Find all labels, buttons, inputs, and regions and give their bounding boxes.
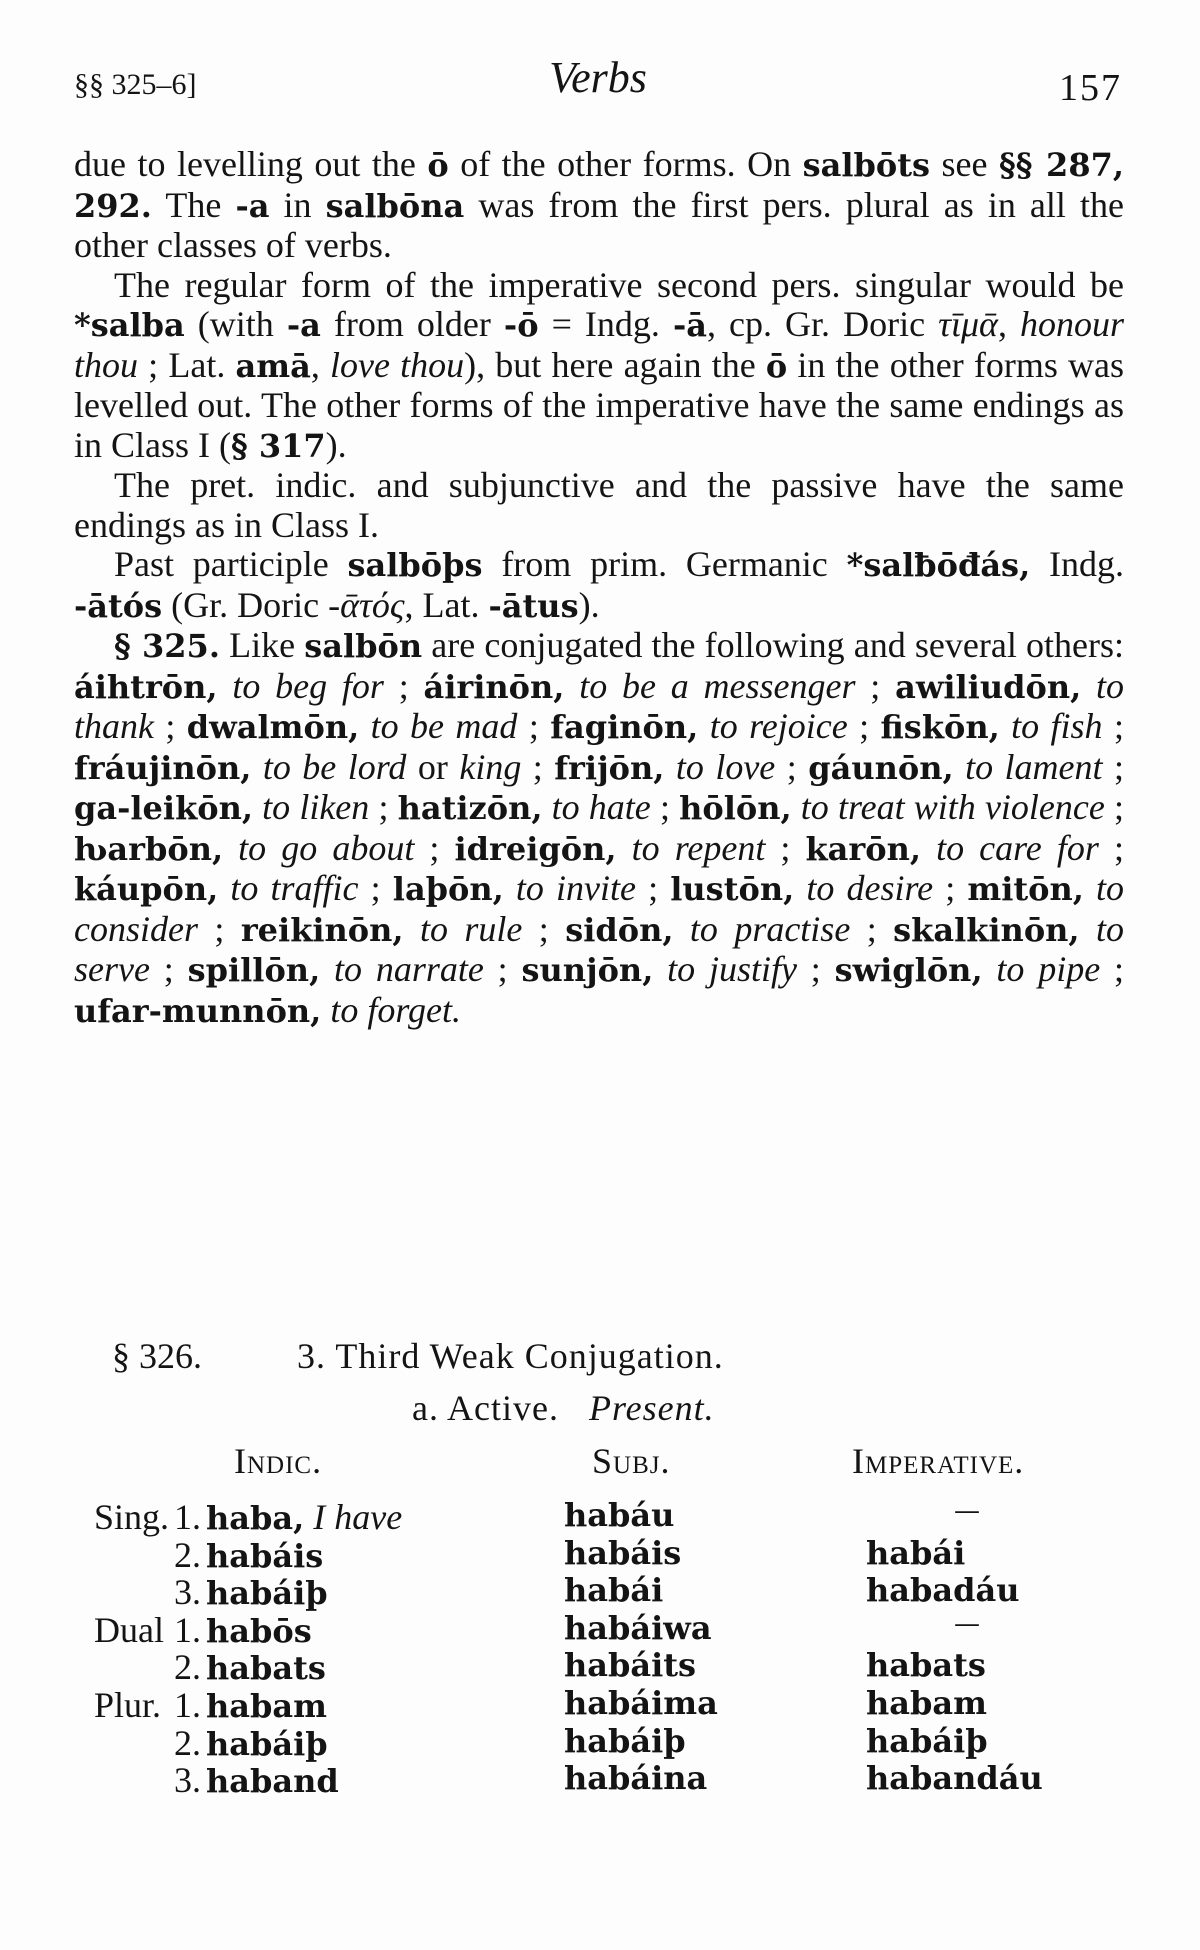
text-run: (with bbox=[185, 304, 287, 344]
subjunctive-form: habáis bbox=[564, 1534, 681, 1572]
imperative-form: habadáu bbox=[866, 1571, 1019, 1609]
gothic-form: ga-leikōn, bbox=[74, 789, 253, 827]
gothic-form: *salba bbox=[74, 306, 185, 344]
body-text: due to levelling out the ō of the other … bbox=[74, 145, 1124, 1031]
text-run bbox=[359, 706, 370, 746]
gothic-form: idreigōn, bbox=[455, 830, 617, 868]
text-run bbox=[404, 909, 420, 949]
text-run bbox=[664, 747, 675, 787]
text-run: ; bbox=[522, 909, 565, 949]
gloss-text: to lament bbox=[965, 747, 1102, 787]
text-run: ; bbox=[1103, 747, 1124, 787]
text-run bbox=[921, 828, 936, 868]
number-label: Plur. bbox=[94, 1684, 161, 1726]
gothic-form: gáunōn, bbox=[808, 749, 953, 787]
gothic-form: salbōts bbox=[803, 146, 930, 184]
subjunctive-form: habáima bbox=[564, 1684, 718, 1722]
text-run: ; bbox=[384, 666, 424, 706]
gothic-form: ufar-munnōn, bbox=[74, 992, 321, 1030]
gothic-form: § 317 bbox=[231, 427, 326, 465]
indicative-cell: haba, I have bbox=[206, 1496, 402, 1538]
subjunctive-form: habáu bbox=[564, 1496, 674, 1534]
text-run: ; bbox=[1103, 706, 1124, 746]
text-run: (Gr. Doric bbox=[162, 585, 328, 625]
text-run: ; bbox=[797, 949, 835, 989]
paragraph-section-325: § 325. Like salbōn are conjugated the fo… bbox=[74, 626, 1124, 1031]
gothic-form: salbōþs bbox=[348, 546, 483, 584]
text-run: in bbox=[269, 185, 325, 225]
text-run bbox=[564, 666, 579, 706]
gloss-text: to be mad bbox=[371, 706, 518, 746]
indicative-form: habáiþ bbox=[206, 1574, 328, 1612]
gothic-form: -ātós bbox=[74, 587, 162, 625]
text-run bbox=[698, 706, 709, 746]
gloss: I have bbox=[304, 1497, 402, 1537]
text-run: ; bbox=[517, 706, 550, 746]
gothic-form: fiskōn, bbox=[881, 708, 1000, 746]
gloss-text: love thou bbox=[330, 345, 464, 385]
gloss-text: to treat with violence bbox=[801, 787, 1105, 827]
text-run: ; bbox=[856, 666, 896, 706]
subtitle-active: a. Active. bbox=[412, 1388, 559, 1428]
text-run: of the other forms. On bbox=[449, 144, 803, 184]
header-subj: Subj. bbox=[592, 1440, 670, 1482]
text-run: Past participle bbox=[114, 544, 348, 584]
text-run: ; bbox=[1100, 949, 1124, 989]
indicative-cell: habam bbox=[206, 1684, 327, 1726]
number-label: Dual bbox=[94, 1609, 164, 1651]
gloss-text: to practise bbox=[690, 909, 850, 949]
text-run bbox=[1000, 706, 1011, 746]
subjunctive-form: habáina bbox=[564, 1759, 707, 1797]
text-run: ; bbox=[850, 909, 893, 949]
imperative-form: habandáu bbox=[866, 1759, 1043, 1797]
number-label: Sing. bbox=[94, 1496, 169, 1538]
gothic-form: frijōn, bbox=[554, 749, 664, 787]
header-imperative: Imperative. bbox=[852, 1440, 1024, 1482]
text-run bbox=[251, 747, 262, 787]
subjunctive-form: habáits bbox=[564, 1646, 696, 1684]
text-run: , Lat. bbox=[405, 585, 489, 625]
text-run: ). bbox=[326, 425, 347, 465]
subjunctive-form: habái bbox=[564, 1571, 663, 1609]
gloss-text: to beg for bbox=[232, 666, 384, 706]
text-run bbox=[653, 949, 667, 989]
text-run bbox=[617, 828, 632, 868]
gothic-form: laþōn, bbox=[393, 870, 504, 908]
gothic-form: -ā bbox=[673, 306, 707, 344]
text-run: ; bbox=[1099, 828, 1124, 868]
text-run bbox=[542, 787, 551, 827]
text-run bbox=[218, 666, 233, 706]
gothic-form: sunjōn, bbox=[521, 951, 653, 989]
text-run: from older bbox=[321, 304, 504, 344]
text-run: ; bbox=[933, 868, 967, 908]
text-run bbox=[983, 949, 997, 989]
indicative-form: habáiþ bbox=[206, 1725, 328, 1763]
text-run: from prim. Germanic bbox=[483, 544, 847, 584]
text-run: see bbox=[930, 144, 999, 184]
gloss-text: to traffic bbox=[230, 868, 358, 908]
section-subtitle: a. Active. Present. bbox=[412, 1387, 715, 1429]
chapter-title: Verbs bbox=[74, 52, 1122, 103]
text-run: ; bbox=[414, 828, 454, 868]
gothic-form: -a bbox=[287, 306, 321, 344]
gloss-text: to hate bbox=[552, 787, 651, 827]
text-run: ; bbox=[359, 868, 393, 908]
gloss-text: to narrate bbox=[334, 949, 484, 989]
text-run: ; bbox=[521, 747, 554, 787]
text-run: due to levelling out the bbox=[74, 144, 427, 184]
indicative-form: haba, bbox=[206, 1499, 304, 1537]
text-run bbox=[320, 949, 334, 989]
gloss-text: to justify bbox=[667, 949, 797, 989]
person-number: 1. bbox=[174, 1609, 201, 1651]
gothic-form: -ō bbox=[504, 306, 539, 344]
imperative-form: habam bbox=[866, 1684, 987, 1722]
person-number: 3. bbox=[174, 1571, 201, 1613]
gothic-form: salbōna bbox=[326, 187, 465, 225]
no-form-dash: — bbox=[954, 1496, 980, 1526]
text-run: The bbox=[152, 185, 236, 225]
indicative-cell: habáis bbox=[206, 1534, 323, 1576]
text-run: ; bbox=[484, 949, 522, 989]
text-run: , bbox=[998, 304, 1020, 344]
text-run: are conjugated the following and several… bbox=[422, 625, 1124, 665]
subjunctive-form: habáiþ bbox=[564, 1722, 686, 1760]
gloss-text: to repent bbox=[632, 828, 766, 868]
gloss-text: to be a messenger bbox=[579, 666, 855, 706]
gloss-text: to fish bbox=[1011, 706, 1102, 746]
text-run bbox=[223, 828, 238, 868]
indicative-form: habōs bbox=[206, 1612, 312, 1650]
text-run: ; bbox=[765, 828, 805, 868]
indicative-cell: habáiþ bbox=[206, 1722, 328, 1764]
gloss-text: to love bbox=[676, 747, 775, 787]
gothic-form: ō bbox=[766, 347, 787, 385]
gothic-form: reikinōn, bbox=[241, 911, 404, 949]
text-run bbox=[1081, 666, 1096, 706]
gothic-form: amā bbox=[236, 347, 311, 385]
indicative-cell: haband bbox=[206, 1759, 339, 1801]
text-run bbox=[253, 787, 262, 827]
gloss-text: to invite bbox=[516, 868, 636, 908]
gloss-text: to pipe bbox=[996, 949, 1100, 989]
gothic-form: -a bbox=[235, 187, 269, 225]
gothic-form: ō bbox=[427, 146, 448, 184]
section-number: § 326. bbox=[112, 1335, 202, 1377]
gloss-text: to liken bbox=[262, 787, 369, 827]
gothic-form: mitōn, bbox=[967, 870, 1084, 908]
gloss-text: to desire bbox=[806, 868, 933, 908]
text-run: ; bbox=[369, 787, 397, 827]
text-run bbox=[1080, 909, 1096, 949]
no-form-dash: — bbox=[954, 1609, 980, 1639]
gothic-form: sidōn, bbox=[565, 911, 673, 949]
gloss-text: to rule bbox=[420, 909, 522, 949]
text-run: , bbox=[311, 345, 330, 385]
text-run: Indg. bbox=[1030, 544, 1124, 584]
gothic-form: spillōn, bbox=[188, 951, 321, 989]
gothic-form: awiliudōn, bbox=[895, 668, 1081, 706]
gloss-text: -ᾱτός bbox=[328, 585, 404, 625]
person-number: 3. bbox=[174, 1759, 201, 1801]
subtitle-present: Present. bbox=[589, 1388, 715, 1428]
text-run bbox=[954, 747, 965, 787]
indicative-form: habam bbox=[206, 1687, 327, 1725]
indicative-cell: habats bbox=[206, 1646, 326, 1688]
text-run bbox=[504, 868, 516, 908]
gothic-form: swiglōn, bbox=[835, 951, 983, 989]
gothic-form: salbōn bbox=[304, 627, 422, 665]
gothic-form: skalkinōn, bbox=[893, 911, 1079, 949]
gothic-form: *salƀōđás, bbox=[847, 546, 1031, 584]
gothic-form: fráujinōn, bbox=[74, 749, 251, 787]
text-run bbox=[321, 990, 330, 1030]
text-run bbox=[673, 909, 689, 949]
imperative-form: habái bbox=[866, 1534, 965, 1572]
page-number: 157 bbox=[1059, 66, 1122, 110]
text-run: ; Lat. bbox=[138, 345, 235, 385]
paragraph-past-participle: Past participle salbōþs from prim. Germa… bbox=[74, 545, 1124, 626]
imperative-form: habats bbox=[866, 1646, 986, 1684]
gothic-form: faginōn, bbox=[550, 708, 698, 746]
text-run: , cp. Gr. Doric bbox=[707, 304, 938, 344]
text-run bbox=[794, 868, 806, 908]
gloss-text: to care for bbox=[936, 828, 1099, 868]
person-number: 1. bbox=[174, 1684, 201, 1726]
gloss-text: to go about bbox=[238, 828, 414, 868]
imperative-form: habáiþ bbox=[866, 1722, 988, 1760]
text-run: ; bbox=[636, 868, 670, 908]
gothic-form: áirinōn, bbox=[423, 668, 564, 706]
gothic-form: dwalmōn, bbox=[187, 708, 359, 746]
text-run bbox=[1084, 868, 1096, 908]
gothic-form: hatizōn, bbox=[398, 789, 543, 827]
person-number: 2. bbox=[174, 1534, 201, 1576]
text-run bbox=[218, 868, 230, 908]
gothic-form: § 325. bbox=[114, 627, 220, 665]
gothic-form: káupōn, bbox=[74, 870, 218, 908]
paragraph-levelling: due to levelling out the ō of the other … bbox=[74, 145, 1124, 266]
text-run: ; bbox=[848, 706, 881, 746]
gloss-text: king bbox=[459, 747, 521, 787]
text-run: The pret. indic. and subjunctive and the… bbox=[74, 465, 1124, 545]
indicative-cell: habáiþ bbox=[206, 1571, 328, 1613]
text-run: ; bbox=[154, 706, 187, 746]
gothic-form: karōn, bbox=[805, 830, 921, 868]
person-number: 1. bbox=[174, 1496, 201, 1538]
gothic-form: áihtrōn, bbox=[74, 668, 218, 706]
text-run: or bbox=[406, 747, 459, 787]
indicative-form: habáis bbox=[206, 1537, 323, 1575]
indicative-cell: habōs bbox=[206, 1609, 312, 1651]
gothic-form: hōlōn, bbox=[679, 789, 792, 827]
text-run: Like bbox=[220, 625, 304, 665]
paragraph-imperative: The regular form of the imperative secon… bbox=[74, 266, 1124, 467]
text-run: ; bbox=[198, 909, 241, 949]
indicative-form: haband bbox=[206, 1762, 339, 1800]
text-run: ). bbox=[579, 585, 600, 625]
text-run bbox=[792, 787, 801, 827]
text-run: ; bbox=[775, 747, 808, 787]
text-run: ; bbox=[651, 787, 679, 827]
paragraph-preterite: The pret. indic. and subjunctive and the… bbox=[74, 466, 1124, 545]
section-title: 3. Third Weak Conjugation. bbox=[297, 1335, 724, 1377]
gloss-text: to forget. bbox=[330, 990, 461, 1030]
book-page: §§ 325–6] Verbs 157 due to levelling out… bbox=[0, 0, 1200, 1950]
text-run: The regular form of the imperative secon… bbox=[114, 265, 1124, 305]
subjunctive-form: habáiwa bbox=[564, 1609, 712, 1647]
gloss-text: to rejoice bbox=[710, 706, 848, 746]
text-run: = Indg. bbox=[539, 304, 673, 344]
text-run: ; bbox=[1105, 787, 1124, 827]
gloss-text: to be lord bbox=[263, 747, 407, 787]
gothic-form: lustōn, bbox=[670, 870, 794, 908]
gloss-text: τῑμᾱ bbox=[938, 304, 998, 344]
gothic-form: ƕarbōn, bbox=[74, 830, 223, 868]
text-run: ), but here again the bbox=[464, 345, 766, 385]
gothic-form: -ātus bbox=[489, 587, 579, 625]
indicative-form: habats bbox=[206, 1649, 326, 1687]
running-head: §§ 325–6] Verbs 157 bbox=[74, 50, 1122, 110]
person-number: 2. bbox=[174, 1646, 201, 1688]
person-number: 2. bbox=[174, 1722, 201, 1764]
header-indic: Indic. bbox=[234, 1440, 322, 1482]
text-run: ; bbox=[150, 949, 188, 989]
